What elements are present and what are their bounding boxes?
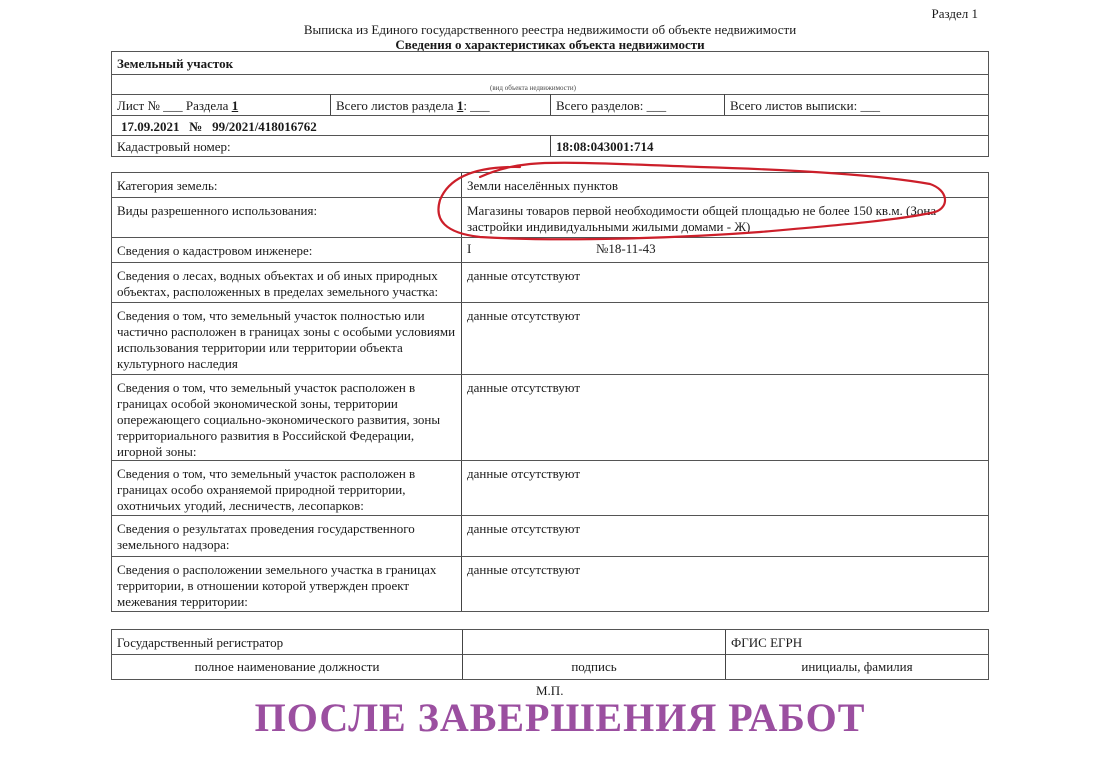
extract-number: 99/2021/418016762 <box>212 119 317 134</box>
forests-water-label: Сведения о лесах, водных объектах и об и… <box>112 265 461 303</box>
sheet-number-field: Лист № ___ Раздела 1 <box>112 95 243 117</box>
forests-water-value: данные отсутствуют <box>462 265 585 287</box>
total-section-sheets-blank: : ___ <box>463 98 489 113</box>
signature-table: Государственный регистратор ФГИС ЕГРН по… <box>111 629 989 680</box>
cadastral-number-label: Кадастровый номер: <box>112 136 236 158</box>
permitted-use-label: Виды разрешенного использования: <box>112 200 461 222</box>
section-label-inline: Раздела <box>186 98 229 113</box>
registrar-signature <box>463 632 473 638</box>
total-section-sheets-label: Всего листов раздела <box>336 98 454 113</box>
summary-table: Земельный участок (вид объекта недвижимо… <box>111 51 989 157</box>
special-zone-value: данные отсутствуют <box>462 305 585 327</box>
cadastral-number-value: 18:08:043001:714 <box>551 136 659 158</box>
cadastral-engineer-number: №18-11-43 <box>591 238 661 260</box>
total-sections-label: Всего разделов: <box>556 98 643 113</box>
document-title: Выписка из Единого государственного реес… <box>0 22 1100 38</box>
total-sections-field: Всего разделов: ___ <box>551 95 671 117</box>
position-caption: полное наименование должности <box>112 656 462 678</box>
registrar-position: Государственный регистратор <box>112 632 288 654</box>
total-section-sheets-field: Всего листов раздела 1: ___ <box>331 95 495 117</box>
protected-area-label: Сведения о том, что земельный участок ра… <box>112 463 461 517</box>
object-type-caption: (вид объекта недвижимости) <box>490 80 576 96</box>
number-sign: № <box>189 119 202 134</box>
cadastral-engineer-label: Сведения о кадастровом инженере: <box>112 240 461 262</box>
signature-caption: подпись <box>463 656 725 678</box>
land-category-label: Категория земель: <box>112 175 461 197</box>
land-supervision-value: данные отсутствуют <box>462 518 585 540</box>
economic-zone-label: Сведения о том, что земельный участок ра… <box>112 377 461 463</box>
land-category-value: Земли населённых пунктов <box>462 175 988 197</box>
object-type: Земельный участок <box>112 53 238 75</box>
stamp-overlay-text: ПОСЛЕ ЗАВЕРШЕНИЯ РАБОТ <box>0 694 1100 741</box>
sheet-number-label: Лист № <box>117 98 160 113</box>
extract-date: 17.09.2021 <box>121 119 180 134</box>
details-table: Категория земель: Земли населённых пункт… <box>111 172 989 612</box>
name-caption: инициалы, фамилия <box>726 656 988 678</box>
permitted-use-value: Магазины товаров первой необходимости об… <box>462 200 962 238</box>
surveying-project-value: данные отсутствуют <box>462 559 585 581</box>
cadastral-engineer-value: I <box>462 238 476 260</box>
section-label: Раздел 1 <box>931 6 978 22</box>
total-extract-sheets-label: Всего листов выписки: <box>730 98 857 113</box>
economic-zone-value: данные отсутствуют <box>462 377 585 399</box>
special-zone-label: Сведения о том, что земельный участок по… <box>112 305 461 375</box>
total-extract-sheets-field: Всего листов выписки: ___ <box>725 95 885 117</box>
protected-area-value: данные отсутствуют <box>462 463 585 485</box>
surveying-project-label: Сведения о расположении земельного участ… <box>112 559 461 613</box>
total-extract-sheets-value: ___ <box>860 98 880 113</box>
land-supervision-label: Сведения о результатах проведения госуда… <box>112 518 461 556</box>
section-value: 1 <box>232 98 239 113</box>
sheet-number-value: ___ <box>163 98 183 113</box>
registrar-name: ФГИС ЕГРН <box>726 632 807 654</box>
extract-date-number: 17.09.2021 № 99/2021/418016762 <box>116 116 322 138</box>
total-sections-value: ___ <box>647 98 667 113</box>
